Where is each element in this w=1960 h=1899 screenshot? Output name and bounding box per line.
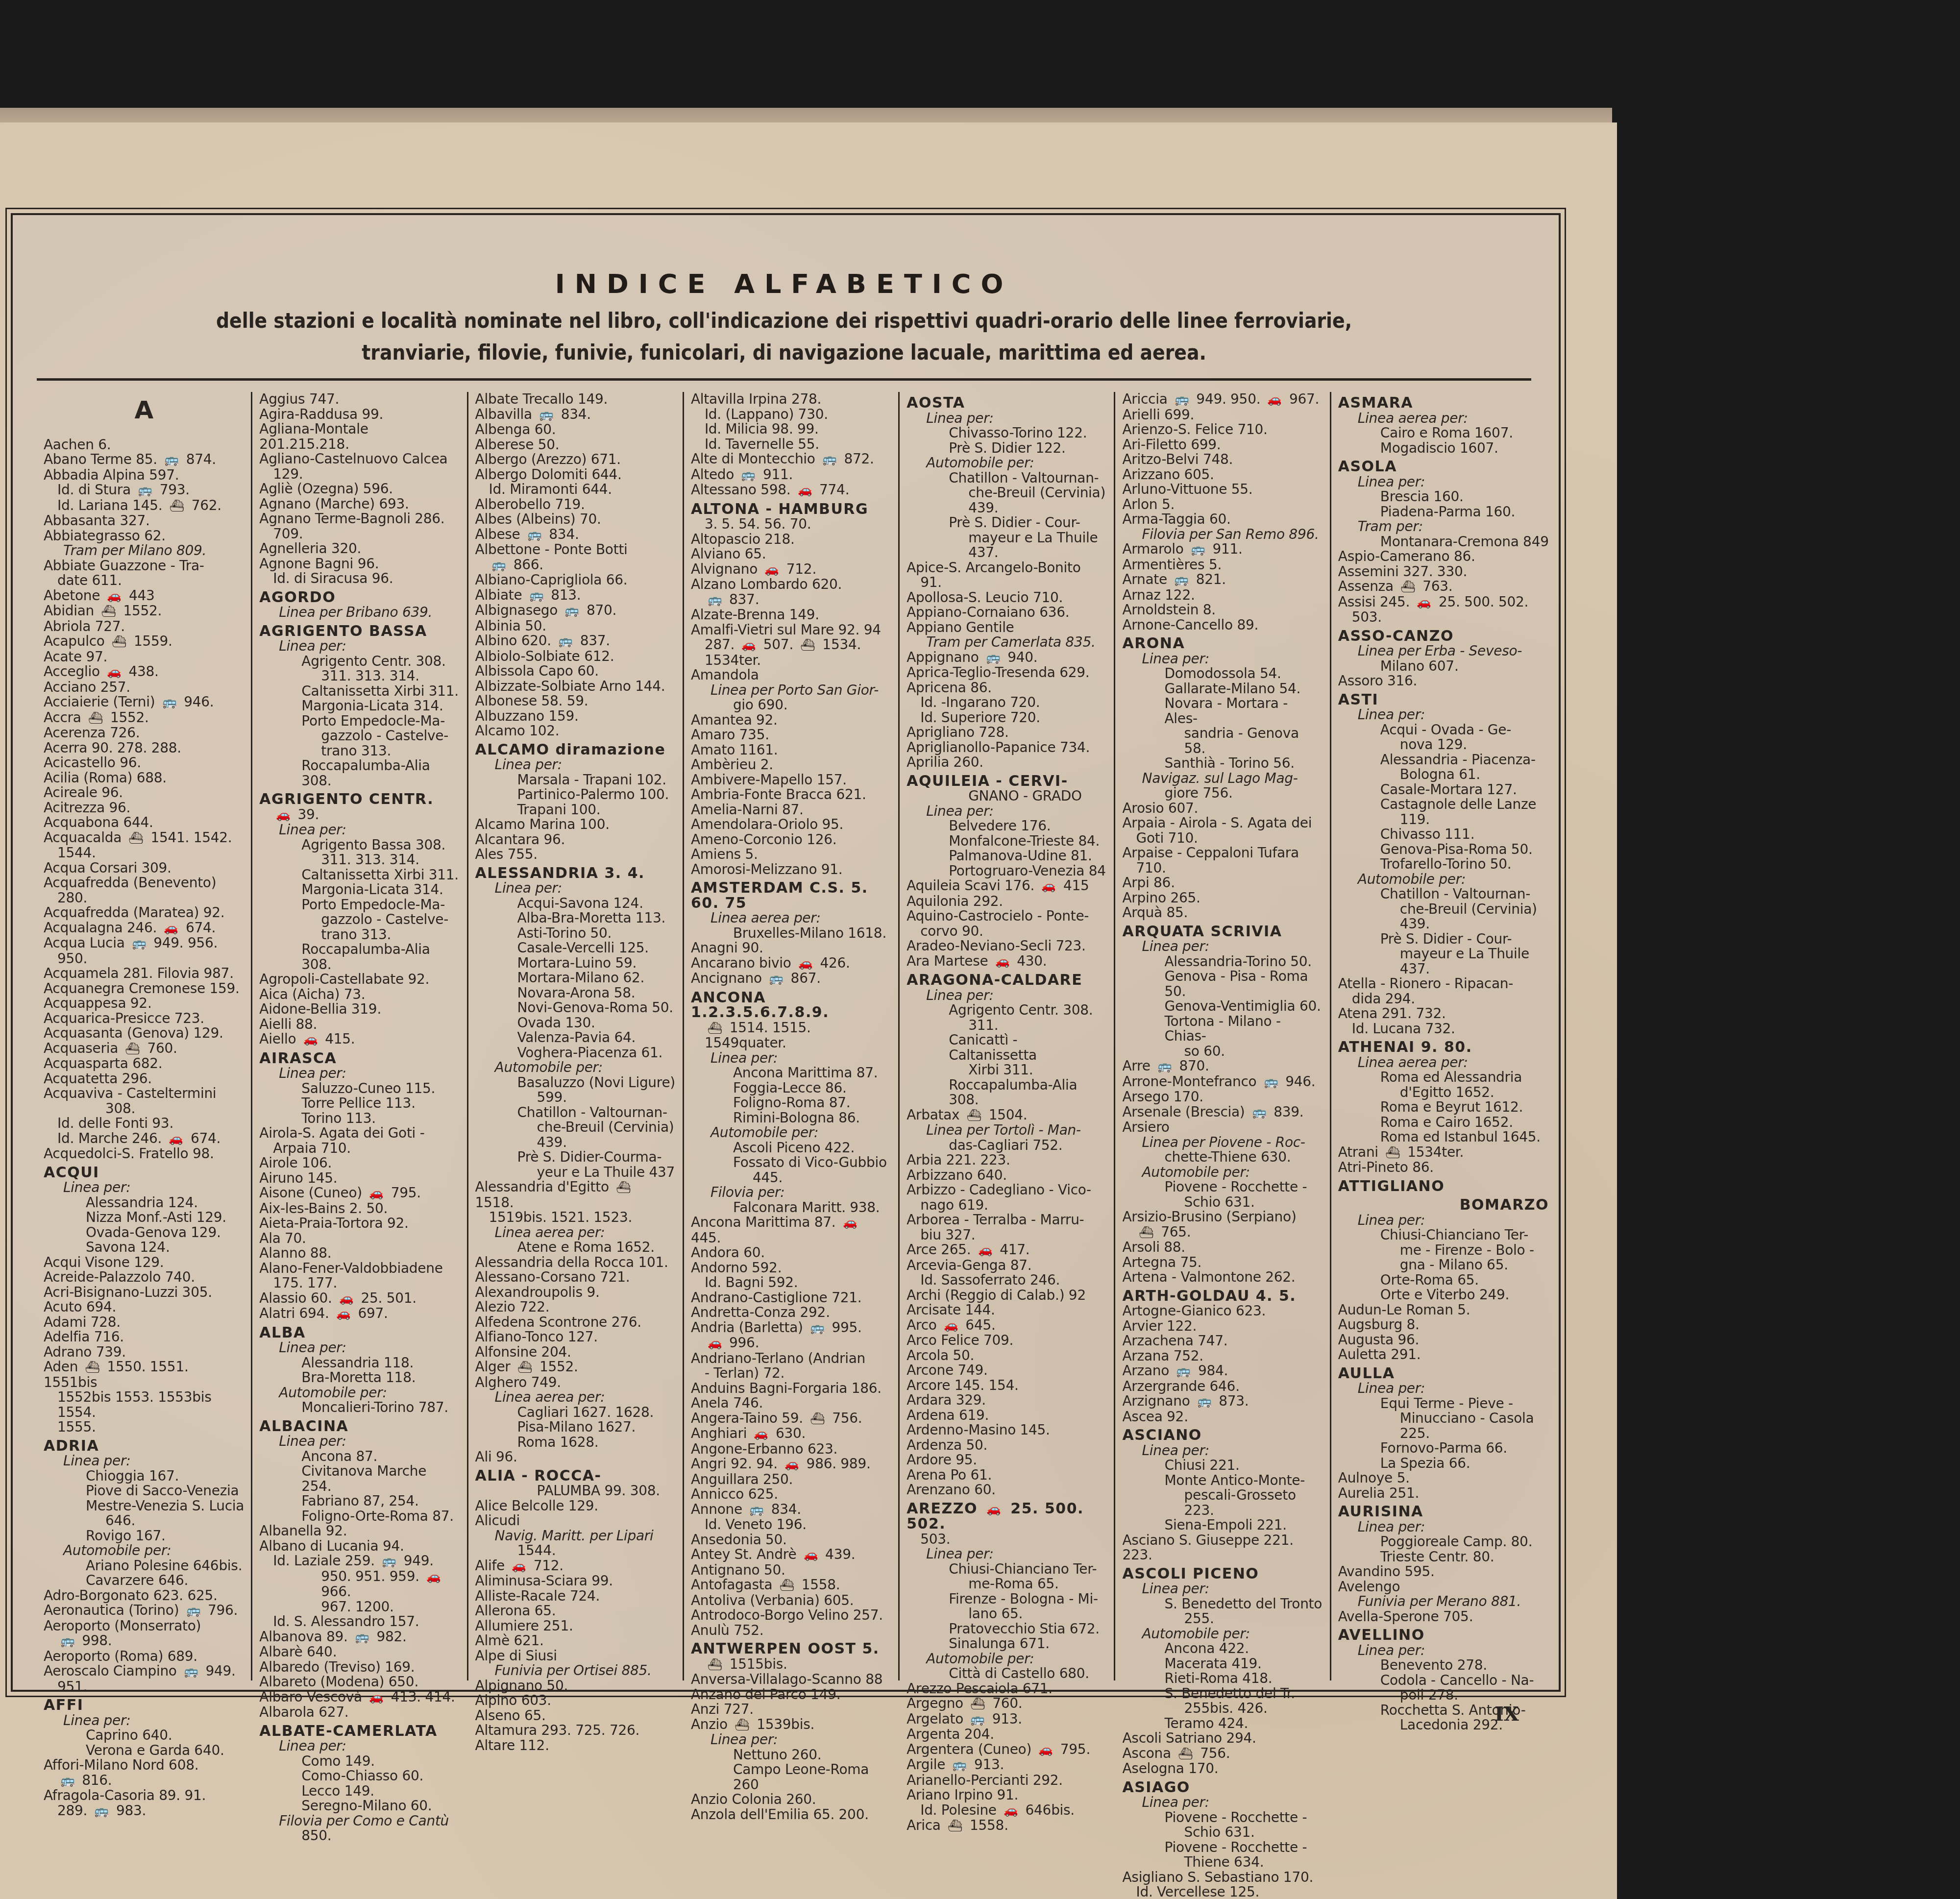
index-entry: Caltanissetta Xirbi 311. xyxy=(259,868,460,883)
bus-icon: 🚌 xyxy=(60,1633,75,1649)
index-entry: Piovene - Rocchette - xyxy=(1122,1810,1323,1826)
boat-icon: ⛴ xyxy=(85,1360,100,1375)
index-entry: Arbatax ⛴ 1504. xyxy=(906,1108,1107,1123)
index-entry: Alcamo Marina 100. xyxy=(475,817,676,832)
car-icon: 🚗 xyxy=(784,1457,799,1472)
index-entry: Anghiari 🚗 630. xyxy=(691,1426,891,1442)
index-entry: Poggioreale Camp. 80. xyxy=(1338,1534,1549,1550)
index-entry: Automobile per: xyxy=(1122,1627,1323,1642)
index-entry: Arcola 50. xyxy=(906,1348,1107,1363)
index-entry: Linea per: xyxy=(1338,707,1549,723)
index-entry: Adrano 739. xyxy=(44,1345,244,1360)
index-entry: Automobile per: xyxy=(1122,1165,1323,1180)
index-entry: Atella - Rionero - Ripacan- xyxy=(1338,976,1549,992)
index-entry: Orte-Roma 65. xyxy=(1338,1273,1549,1288)
index-entry: Equi Terme - Pieve - xyxy=(1338,1396,1549,1412)
index-entry: Id. Vercellese 125. xyxy=(1122,1885,1323,1899)
index-entry: Alba-Bra-Moretta 113. xyxy=(475,911,676,926)
index-heading: ADRIA xyxy=(44,1439,244,1454)
index-entry: Aprigliano­llo-Papanice 734. xyxy=(906,740,1107,755)
car-icon: 🚗 xyxy=(107,588,122,604)
index-entry: Albenga 60. xyxy=(475,422,676,438)
index-entry: Como 149. xyxy=(259,1754,460,1769)
index-entry: Amantea 92. xyxy=(691,713,891,728)
index-entry: Chiusi-Chianciano Ter- xyxy=(906,1562,1107,1577)
index-entry: Acqua Corsari 309. xyxy=(44,861,244,876)
index-entry: Acquamela 281. Filovia 987. xyxy=(44,966,244,981)
index-entry: ⛴ 765. xyxy=(1122,1225,1323,1241)
index-entry: Arosio 607. xyxy=(1122,801,1323,816)
index-entry: Arzignano 🚌 873. xyxy=(1122,1394,1323,1410)
index-entry: Portogruaro-Venezia 84 xyxy=(906,864,1107,879)
index-entry: Affori-Milano Nord 608. xyxy=(44,1758,244,1773)
index-entry: Annicco 625. xyxy=(691,1487,891,1502)
index-entry: Altopascio 218. xyxy=(691,532,891,547)
index-entry: 91. xyxy=(906,575,1107,590)
index-entry: Appiano Gentile xyxy=(906,620,1107,635)
index-entry: Alatri 694. 🚗 697. xyxy=(259,1306,460,1322)
index-entry: Linea per: xyxy=(1122,1443,1323,1459)
index-entry: 503. xyxy=(906,1532,1107,1547)
index-entry: das-Cagliari 752. xyxy=(906,1138,1107,1153)
index-entry: Minucciano - Casola xyxy=(1338,1411,1549,1426)
index-entry: Id. (Lappano) 730. xyxy=(691,407,891,422)
index-entry: Aisone (Cuneo) 🚗 795. xyxy=(259,1186,460,1201)
index-entry: Andria (Barletta) 🚌 995. xyxy=(691,1320,891,1336)
index-entry: Verona e Garda 640. xyxy=(44,1743,244,1758)
index-entry: Arpino 265. xyxy=(1122,891,1323,906)
index-entry: Antrodoco-Borgo Velino 257. xyxy=(691,1608,891,1623)
index-entry: Andretta-Conza 292. xyxy=(691,1305,891,1320)
index-entry: Aica (Aicha) 73. xyxy=(259,987,460,1002)
index-entry: Arsoli 88. xyxy=(1122,1240,1323,1255)
index-entry: Linea per: xyxy=(1122,939,1323,954)
index-entry: Alte di Montecchio 🚌 872. xyxy=(691,452,891,467)
index-heading: ALIA - ROCCA- xyxy=(475,1469,676,1484)
bus-icon: 🚌 xyxy=(741,467,756,483)
boat-icon: ⛴ xyxy=(101,604,116,619)
index-entry: Alvignano 🚗 712. xyxy=(691,562,891,578)
boat-icon: ⛴ xyxy=(971,1696,985,1711)
index-entry: Albonese 58. 59. xyxy=(475,694,676,709)
index-entry: Amorosi-Melizzano 91. xyxy=(691,862,891,877)
index-entry: Piove di Sacco-Venezia xyxy=(44,1484,244,1499)
index-entry: Id. di Siracusa 96. xyxy=(259,571,460,586)
index-entry: biu 327. xyxy=(906,1228,1107,1243)
index-entry: Città di Castello 680. xyxy=(906,1666,1107,1681)
index-entry: 439. xyxy=(1338,917,1549,932)
index-entry: Albareto (Modena) 650. xyxy=(259,1675,460,1690)
index-entry: Linea aerea per: xyxy=(1338,411,1549,426)
index-entry: Antey St. Andrè 🚗 439. xyxy=(691,1547,891,1563)
index-entry: 311. xyxy=(906,1018,1107,1033)
bus-icon: 🚌 xyxy=(1175,392,1189,407)
index-entry: Acri-Bisignano-Luzzi 305. xyxy=(44,1285,244,1300)
index-entry: Alberese 50. xyxy=(475,438,676,453)
index-entry: 445. xyxy=(691,1170,891,1186)
index-entry: Siena-Empoli 221. xyxy=(1122,1518,1323,1533)
bus-icon: 🚌 xyxy=(95,1803,109,1819)
bus-icon: 🚌 xyxy=(1157,1059,1172,1074)
index-entry: Agrigento Centr. 308. xyxy=(906,1003,1107,1018)
index-entry: Porto Empedocle-Ma- xyxy=(259,898,460,913)
bus-icon: 🚌 xyxy=(810,1320,825,1336)
index-entry: Acicastello 96. xyxy=(44,755,244,771)
index-entry: Arbizzano 640. xyxy=(906,1168,1107,1183)
index-entry: Id. -Ingarano 720. xyxy=(906,695,1107,710)
index-entry: Avandino 595. xyxy=(1338,1564,1549,1580)
index-entry: Linea per: xyxy=(259,639,460,654)
index-entry: Anela 746. xyxy=(691,1396,891,1411)
index-entry: Ameno-Corconio 126. xyxy=(691,832,891,848)
index-entry: Angera-Taino 59. ⛴ 756. xyxy=(691,1411,891,1427)
index-entry: Alessandria - Piacenza- xyxy=(1338,753,1549,768)
index-entry: 119. xyxy=(1338,812,1549,828)
index-entry: Anzano del Parco 149. xyxy=(691,1687,891,1703)
index-entry: Arzachena 747. xyxy=(1122,1334,1323,1349)
index-entry: Acciano 257. xyxy=(44,680,244,695)
index-entry: 1555. xyxy=(44,1420,244,1435)
index-entry: Brescia 160. xyxy=(1338,489,1549,505)
index-entry: Acquanegra Cremonese 159. xyxy=(44,981,244,997)
index-entry: Arbia 221. 223. xyxy=(906,1153,1107,1168)
index-entry: Arnoldstein 8. xyxy=(1122,603,1323,618)
index-entry: Chiusi-Chianciano Ter- xyxy=(1338,1228,1549,1243)
index-entry: Avella-Sperone 705. xyxy=(1338,1609,1549,1625)
bus-icon: 🚌 xyxy=(60,1773,75,1788)
boat-icon: ⛴ xyxy=(129,830,144,846)
index-entry: Anzio Colonia 260. xyxy=(691,1792,891,1807)
index-entry: Acquasparta 682. xyxy=(44,1056,244,1071)
car-icon: 🚗 xyxy=(169,1131,184,1146)
index-heading: ALESSANDRIA 3. 4. xyxy=(475,866,676,881)
index-entry: Artegna 75. xyxy=(1122,1255,1323,1270)
car-icon: 🚗 xyxy=(944,1318,958,1333)
index-entry: Aprigliano 728. xyxy=(906,725,1107,740)
index-entry: Anversa-Villalago-Scanno 88 xyxy=(691,1672,891,1687)
boat-icon: ⛴ xyxy=(967,1108,981,1123)
index-entry: 280. xyxy=(44,891,244,906)
index-entry: Macerata 419. xyxy=(1122,1656,1323,1672)
index-entry: Ascoli Piceno 422. xyxy=(691,1141,891,1156)
index-entry: Casale-Vercelli 125. xyxy=(475,941,676,956)
index-entry: 🚌 837. xyxy=(691,592,891,608)
index-entry: Ara Martese 🚗 430. xyxy=(906,954,1107,970)
car-icon: 🚗 xyxy=(765,562,780,577)
index-entry: nova 129. xyxy=(1338,737,1549,753)
index-entry: Alpe di Siusi xyxy=(475,1649,676,1664)
boat-icon: ⛴ xyxy=(735,1717,750,1732)
car-icon: 🚗 xyxy=(978,1242,993,1258)
index-entry: Acuto 694. xyxy=(44,1300,244,1315)
index-entry: Id. Milicia 98. 99. xyxy=(691,422,891,437)
index-entry: Caprino 640. xyxy=(44,1728,244,1743)
index-entry: Anzio ⛴ 1539bis. xyxy=(691,1717,891,1733)
index-entry: Linea per: xyxy=(906,411,1107,426)
index-entry: Torino 113. xyxy=(259,1111,460,1126)
bus-icon: 🚌 xyxy=(529,588,544,603)
index-entry: Artena - Valmontone 262. xyxy=(1122,1270,1323,1285)
index-entry: Linea per: xyxy=(1338,1643,1549,1658)
index-entry: Prè S. Didier 122. xyxy=(906,441,1107,456)
boat-icon: ⛴ xyxy=(125,1041,140,1056)
index-entry: Linea per: xyxy=(1338,1520,1549,1535)
index-entry: Assisi 245. 🚗 25. 500. 502. xyxy=(1338,595,1549,610)
index-heading: ATTIGLIANO xyxy=(1338,1179,1549,1194)
index-entry: Automobile per: xyxy=(475,1060,676,1075)
index-entry: Arquà 85. xyxy=(1122,905,1323,921)
index-entry: Ancona 422. xyxy=(1122,1641,1323,1656)
index-entry: Linea per: xyxy=(259,1434,460,1449)
index-entry: Chioggia 167. xyxy=(44,1469,244,1484)
index-entry: Aradeo-Neviano-Secli 723. xyxy=(906,939,1107,954)
index-entry: Piovene - Rocchette - xyxy=(1122,1180,1323,1195)
index-entry: Argenta 204. xyxy=(906,1727,1107,1742)
index-entry: Automobile per: xyxy=(906,1652,1107,1667)
index-column-5: AOSTALinea per:Chivasso-Torino 122.Prè S… xyxy=(900,392,1115,1680)
index-entry: gna - Milano 65. xyxy=(1338,1258,1549,1273)
index-column-7: ASMARALinea aerea per:Cairo e Roma 1607.… xyxy=(1331,392,1556,1680)
car-icon: 🚗 xyxy=(742,637,757,653)
index-heading: AIRASCA xyxy=(259,1051,460,1067)
index-entry: 439. xyxy=(906,501,1107,516)
index-entry: 437. xyxy=(1338,962,1549,977)
index-entry: Bruxelles-Milano 1618. xyxy=(691,926,891,941)
index-heading: AGORDO xyxy=(259,590,460,606)
car-icon: 🚗 xyxy=(336,1306,351,1321)
index-entry: dida 294. xyxy=(1338,992,1549,1007)
car-icon: 🚗 xyxy=(843,1215,857,1230)
boat-icon: ⛴ xyxy=(1139,1225,1153,1240)
index-entry: Abidian ⛴ 1552. xyxy=(44,604,244,619)
index-entry: Piadena-Parma 160. xyxy=(1338,505,1549,520)
index-entry: 599. xyxy=(475,1090,676,1105)
index-entry: Alghero 749. xyxy=(475,1375,676,1390)
index-entry: 🚗 39. xyxy=(259,807,460,823)
index-entry: Abbiate Guazzone - Tra- xyxy=(44,559,244,574)
boat-icon: ⛴ xyxy=(170,498,184,513)
car-icon: 🚗 xyxy=(276,807,291,823)
index-entry: Linea per: xyxy=(906,988,1107,1003)
index-entry: Argegno ⛴ 760. xyxy=(906,1696,1107,1712)
index-entry: Arsenale (Brescia) 🚌 839. xyxy=(1122,1105,1323,1120)
index-entry: che-Breuil (Cervinia) xyxy=(1338,902,1549,917)
index-entry: Arco Felice 709. xyxy=(906,1333,1107,1348)
boat-icon: ⛴ xyxy=(708,1657,722,1672)
page-title: INDICE ALFABETICO xyxy=(0,268,1568,299)
index-entry: Genova-Ventimiglia 60. xyxy=(1122,999,1323,1014)
index-entry: Agnano Terme-Bagnoli 286. xyxy=(259,511,460,527)
index-entry: Linea per Tortolì - Man- xyxy=(906,1123,1107,1138)
index-entry: Antignano 50. xyxy=(691,1563,891,1578)
index-columns: A Aachen 6.Abano Terme 85. 🚌 874.Abbadia… xyxy=(37,392,1556,1680)
index-entry: trano 313. xyxy=(259,927,460,943)
index-heading: ASMARA xyxy=(1338,396,1549,411)
index-entry: 🚌 866. xyxy=(475,558,676,573)
index-heading: ARONA xyxy=(1122,636,1323,652)
index-entry: Alessandria della Rocca 101. xyxy=(475,1255,676,1270)
index-entry: Augusta 96. xyxy=(1338,1333,1549,1348)
index-entry: Roma 1628. xyxy=(475,1435,676,1450)
index-entry: Linea per: xyxy=(906,1547,1107,1562)
index-entry: Arma-Taggia 60. xyxy=(1122,512,1323,527)
index-entry: Linea per: xyxy=(1338,475,1549,490)
index-entry: Arpaia 710. xyxy=(259,1141,460,1156)
index-entry: Id. Tavernelle 55. xyxy=(691,437,891,452)
index-entry: Linea per: xyxy=(475,757,676,773)
index-column-3: Albate Trecallo 149.Albavilla 🚌 834.Albe… xyxy=(468,392,684,1680)
car-icon: 🚗 xyxy=(708,1336,722,1351)
index-entry: Acquatetta 296. xyxy=(44,1071,244,1087)
index-entry: Arrone-Montefranco 🚌 946. xyxy=(1122,1074,1323,1090)
index-entry: Piovene - Rocchette - xyxy=(1122,1840,1323,1855)
index-heading: AOSTA xyxy=(906,396,1107,411)
title-divider xyxy=(37,378,1531,381)
index-heading: ANTWERPEN OOST 5. xyxy=(691,1642,891,1657)
car-icon: 🚗 xyxy=(986,1502,1002,1517)
index-entry: Rovigo 167. xyxy=(44,1529,244,1544)
index-entry: Ascea 92. xyxy=(1122,1410,1323,1425)
index-entry: Firenze - Bologna - Mi- xyxy=(906,1592,1107,1607)
index-entry: Alcantara 96. xyxy=(475,832,676,848)
index-entry: Prè S. Didier-Courma- xyxy=(475,1150,676,1165)
index-heading: ASCOLI PICENO xyxy=(1122,1567,1323,1582)
index-entry: Linea per: xyxy=(906,804,1107,819)
index-entry: Tram per: xyxy=(1338,519,1549,535)
index-entry: Albizzate-Solbiate Arno 144. xyxy=(475,679,676,694)
index-entry: Arluno-Vittuone 55. xyxy=(1122,482,1323,497)
index-entry: Angri 92. 94. 🚗 986. 989. xyxy=(691,1457,891,1472)
index-entry: Arzano 🚌 984. xyxy=(1122,1363,1323,1379)
car-icon: 🚗 xyxy=(512,1558,527,1574)
index-entry: Anduins Bagni-Forgaria 186. xyxy=(691,1381,891,1396)
index-entry: Alcamo 102. xyxy=(475,724,676,739)
index-entry: Roccapalumba-Alia 308. xyxy=(259,758,460,788)
index-entry: Ancignano 🚌 867. xyxy=(691,971,891,987)
index-entry: Acquacalda ⛴ 1541. 1542. xyxy=(44,830,244,846)
bus-icon: 🚌 xyxy=(355,1630,369,1645)
car-icon: 🚗 xyxy=(995,954,1010,969)
index-entry: Teramo 424. xyxy=(1122,1716,1323,1731)
index-entry: Alviano 65. xyxy=(691,547,891,562)
index-entry: Afragola-Casoria 89. 91. xyxy=(44,1788,244,1803)
index-heading: ATHENAI 9. 80. xyxy=(1338,1040,1549,1055)
index-entry: Airola-S. Agata dei Goti - xyxy=(259,1126,460,1141)
index-column-1: A Aachen 6.Abano Terme 85. 🚌 874.Abbadia… xyxy=(37,392,252,1680)
index-entry: Roma ed Istanbul 1645. xyxy=(1338,1130,1549,1145)
index-entry: Roccapalumba-Alia 308. xyxy=(259,942,460,972)
index-entry: Acquappesa 92. xyxy=(44,996,244,1011)
index-entry: Arcevia-Genga 87. xyxy=(906,1258,1107,1273)
index-entry: Albes (Albeins) 70. xyxy=(475,512,676,527)
index-heading: ALTONA - HAMBURG xyxy=(691,502,891,517)
index-entry: Aachen 6. xyxy=(44,438,244,453)
index-entry: Alicudi xyxy=(475,1513,676,1529)
index-entry: Ancarano bivio 🚗 426. xyxy=(691,956,891,972)
index-entry: Id. Marche 246. 🚗 674. xyxy=(44,1131,244,1147)
index-entry: Roma e Beyrut 1612. xyxy=(1338,1100,1549,1115)
index-entry: Armentières 5. xyxy=(1122,558,1323,573)
index-entry: Schio 631. xyxy=(1122,1195,1323,1210)
index-entry: Porto Empedocle-Ma- xyxy=(259,714,460,729)
index-entry: Aquilonia 292. xyxy=(906,894,1107,909)
index-entry: GNANO - GRADO xyxy=(906,789,1107,804)
index-entry: Anagni 90. xyxy=(691,941,891,956)
bus-icon: 🚌 xyxy=(749,1502,764,1517)
car-icon: 🚗 xyxy=(303,1032,318,1047)
index-entry: Acate 97. xyxy=(44,650,244,665)
index-entry: Agliè (Ozegna) 596. xyxy=(259,482,460,497)
index-entry: Agliano-Castelnuovo Calcea xyxy=(259,452,460,467)
index-entry: lano 65. xyxy=(906,1607,1107,1622)
index-entry: trano 313. xyxy=(259,744,460,759)
index-entry: Thiene 634. xyxy=(1122,1855,1323,1870)
index-entry: Alger ⛴ 1552. xyxy=(475,1360,676,1375)
index-entry: Arica ⛴ 1558. xyxy=(906,1818,1107,1834)
index-entry: Margonia-Licata 314. xyxy=(259,882,460,898)
index-entry: Arnone-Cancello 89. xyxy=(1122,618,1323,633)
index-entry: Cairo e Roma 1607. xyxy=(1338,426,1549,441)
page-subtitle-line-1: delle stazioni e località nominate nel l… xyxy=(20,306,1548,336)
index-entry: Acitrezza 96. xyxy=(44,801,244,816)
index-entry: Alberobello 719. xyxy=(475,497,676,512)
index-entry: 129. xyxy=(259,467,460,482)
index-entry: Rieti-Roma 418. xyxy=(1122,1671,1323,1686)
index-entry: Voghera-Piacenza 61. xyxy=(475,1046,676,1061)
index-entry: Navig. Maritt. per Lipari xyxy=(475,1529,676,1544)
index-heading: BOMARZO xyxy=(1338,1198,1549,1213)
bus-icon: 🚌 xyxy=(184,1664,198,1679)
index-heading: ASTI xyxy=(1338,693,1549,708)
index-entry: Mortara-Milano 62. xyxy=(475,971,676,986)
index-entry: Orte e Viterbo 249. xyxy=(1338,1288,1549,1303)
index-entry: Aprilia 260. xyxy=(906,755,1107,770)
index-entry: Ancona 87. xyxy=(259,1449,460,1464)
index-entry: Allumiere 251. xyxy=(475,1619,676,1634)
index-entry: Linea per Piovene - Roc- xyxy=(1122,1135,1323,1150)
boat-icon: ⛴ xyxy=(88,710,103,726)
index-entry: 646. xyxy=(44,1513,244,1529)
car-icon: 🚗 xyxy=(339,1291,354,1306)
index-entry: Tram per Camerlata 835. xyxy=(906,635,1107,650)
index-entry: Amaro 735. xyxy=(691,728,891,743)
index-entry: Acquasanta (Genova) 129. xyxy=(44,1026,244,1041)
index-entry: Amalfi-Vietri sul Mare 92. 94 xyxy=(691,623,891,638)
car-icon: 🚗 xyxy=(369,1690,384,1705)
index-entry: Castagnole delle Lanze xyxy=(1338,797,1549,812)
bus-icon: 🚌 xyxy=(132,936,147,951)
index-entry: Albanova 89. 🚌 982. xyxy=(259,1630,460,1645)
index-entry: Xirbi 311. xyxy=(906,1063,1107,1078)
page-number: IX xyxy=(1494,1703,1519,1726)
bus-icon: 🚌 xyxy=(186,1603,201,1618)
index-entry: Funivia per Ortisei 885. xyxy=(475,1663,676,1679)
index-entry: Arena Po 61. xyxy=(906,1468,1107,1483)
index-entry: Alezio 722. xyxy=(475,1300,676,1315)
index-entry: Ovada 130. xyxy=(475,1016,676,1031)
index-entry: Fossato di Vico-Gubbio xyxy=(691,1155,891,1170)
index-entry: Nettuno 260. xyxy=(691,1748,891,1763)
boat-icon: ⛴ xyxy=(780,1578,794,1593)
index-heading: ACQUI xyxy=(44,1166,244,1181)
index-entry: Arco 🚗 645. xyxy=(906,1318,1107,1334)
index-entry: Falconara Maritt. 938. xyxy=(691,1200,891,1216)
index-entry: Altedo 🚌 911. xyxy=(691,467,891,483)
index-entry: Arsiero xyxy=(1122,1120,1323,1135)
boat-icon: ⛴ xyxy=(948,1818,962,1833)
index-entry: Trapani 100. xyxy=(475,803,676,818)
index-entry: Antofagasta ⛴ 1558. xyxy=(691,1578,891,1593)
